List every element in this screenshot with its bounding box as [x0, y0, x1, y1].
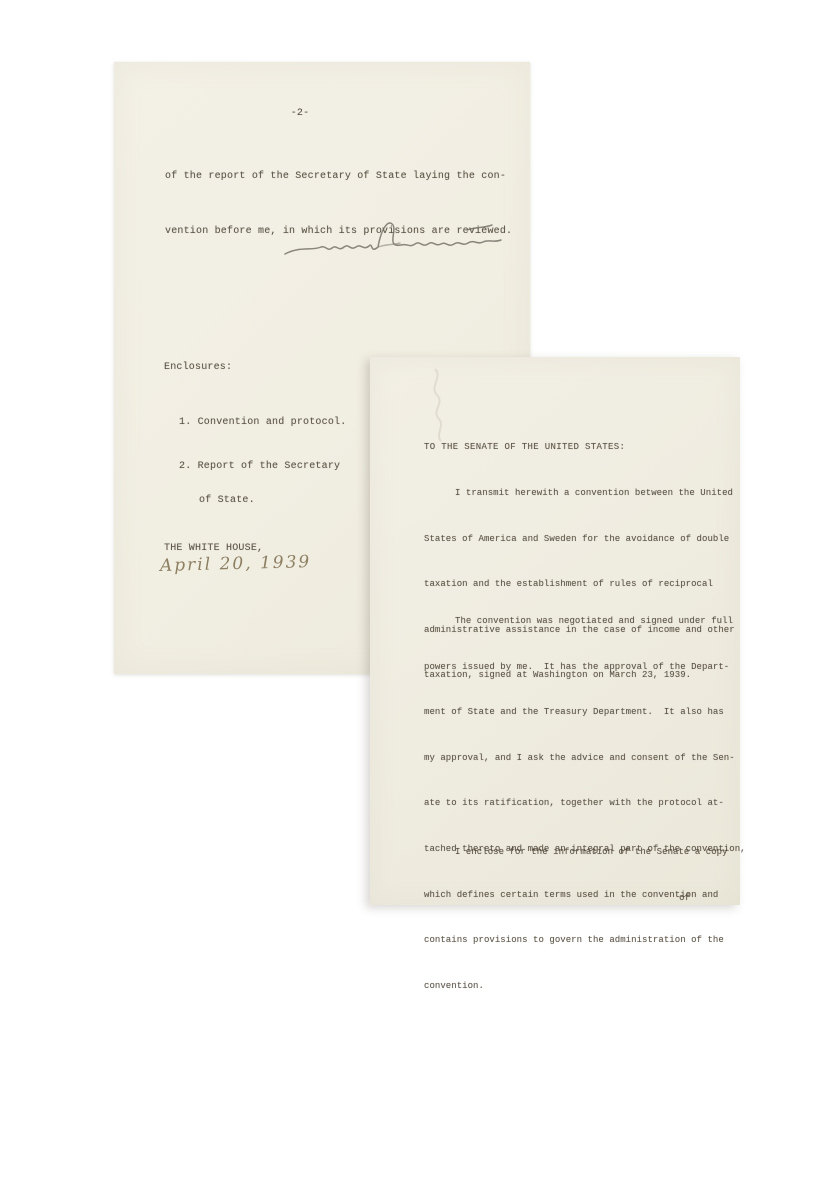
body-line: of the report of the Secretary of State …	[165, 160, 512, 193]
enclosure-item: 2. Report of the Secretary	[179, 456, 346, 478]
enclosure-item: 1. Convention and protocol.	[179, 412, 346, 434]
para3-catchword: of	[424, 886, 696, 912]
para2-line: contains provisions to govern the admini…	[424, 928, 746, 954]
faint-emboss-mark-icon	[415, 365, 461, 445]
handwritten-date: April 20, 1939	[160, 552, 312, 576]
para1-line: States of America and Sweden for the avo…	[424, 527, 735, 553]
paragraph-2: The convention was negotiated and signed…	[424, 589, 746, 1019]
closing-place: THE WHITE HOUSE,	[164, 543, 263, 554]
para2-line: convention.	[424, 974, 746, 1000]
para1-line: I transmit herewith a convention between…	[424, 481, 735, 507]
fdr-signature-icon	[282, 214, 512, 276]
para2-line: The convention was negotiated and signed…	[424, 609, 746, 635]
page-number: -2-	[92, 108, 508, 119]
enclosure-list: 1. Convention and protocol. 2. Report of…	[179, 390, 346, 530]
salutation: TO THE SENATE OF THE UNITED STATES:	[424, 442, 625, 452]
enclosures-label: Enclosures:	[164, 362, 232, 373]
para2-line: ate to its ratification, together with t…	[424, 791, 746, 817]
para2-line: powers issued by me. It has the approval…	[424, 655, 746, 681]
letter-page-1: TO THE SENATE OF THE UNITED STATES: I tr…	[370, 357, 740, 905]
para3-line: I enclose for the information of the Sen…	[424, 840, 696, 866]
paragraph-3: I enclose for the information of the Sen…	[424, 820, 696, 931]
document-scan: -2- of the report of the Secretary of St…	[0, 0, 819, 1197]
para2-line: my approval, and I ask the advice and co…	[424, 746, 746, 772]
enclosure-item-continuation: of State.	[179, 495, 346, 508]
para2-line: ment of State and the Treasury Departmen…	[424, 700, 746, 726]
